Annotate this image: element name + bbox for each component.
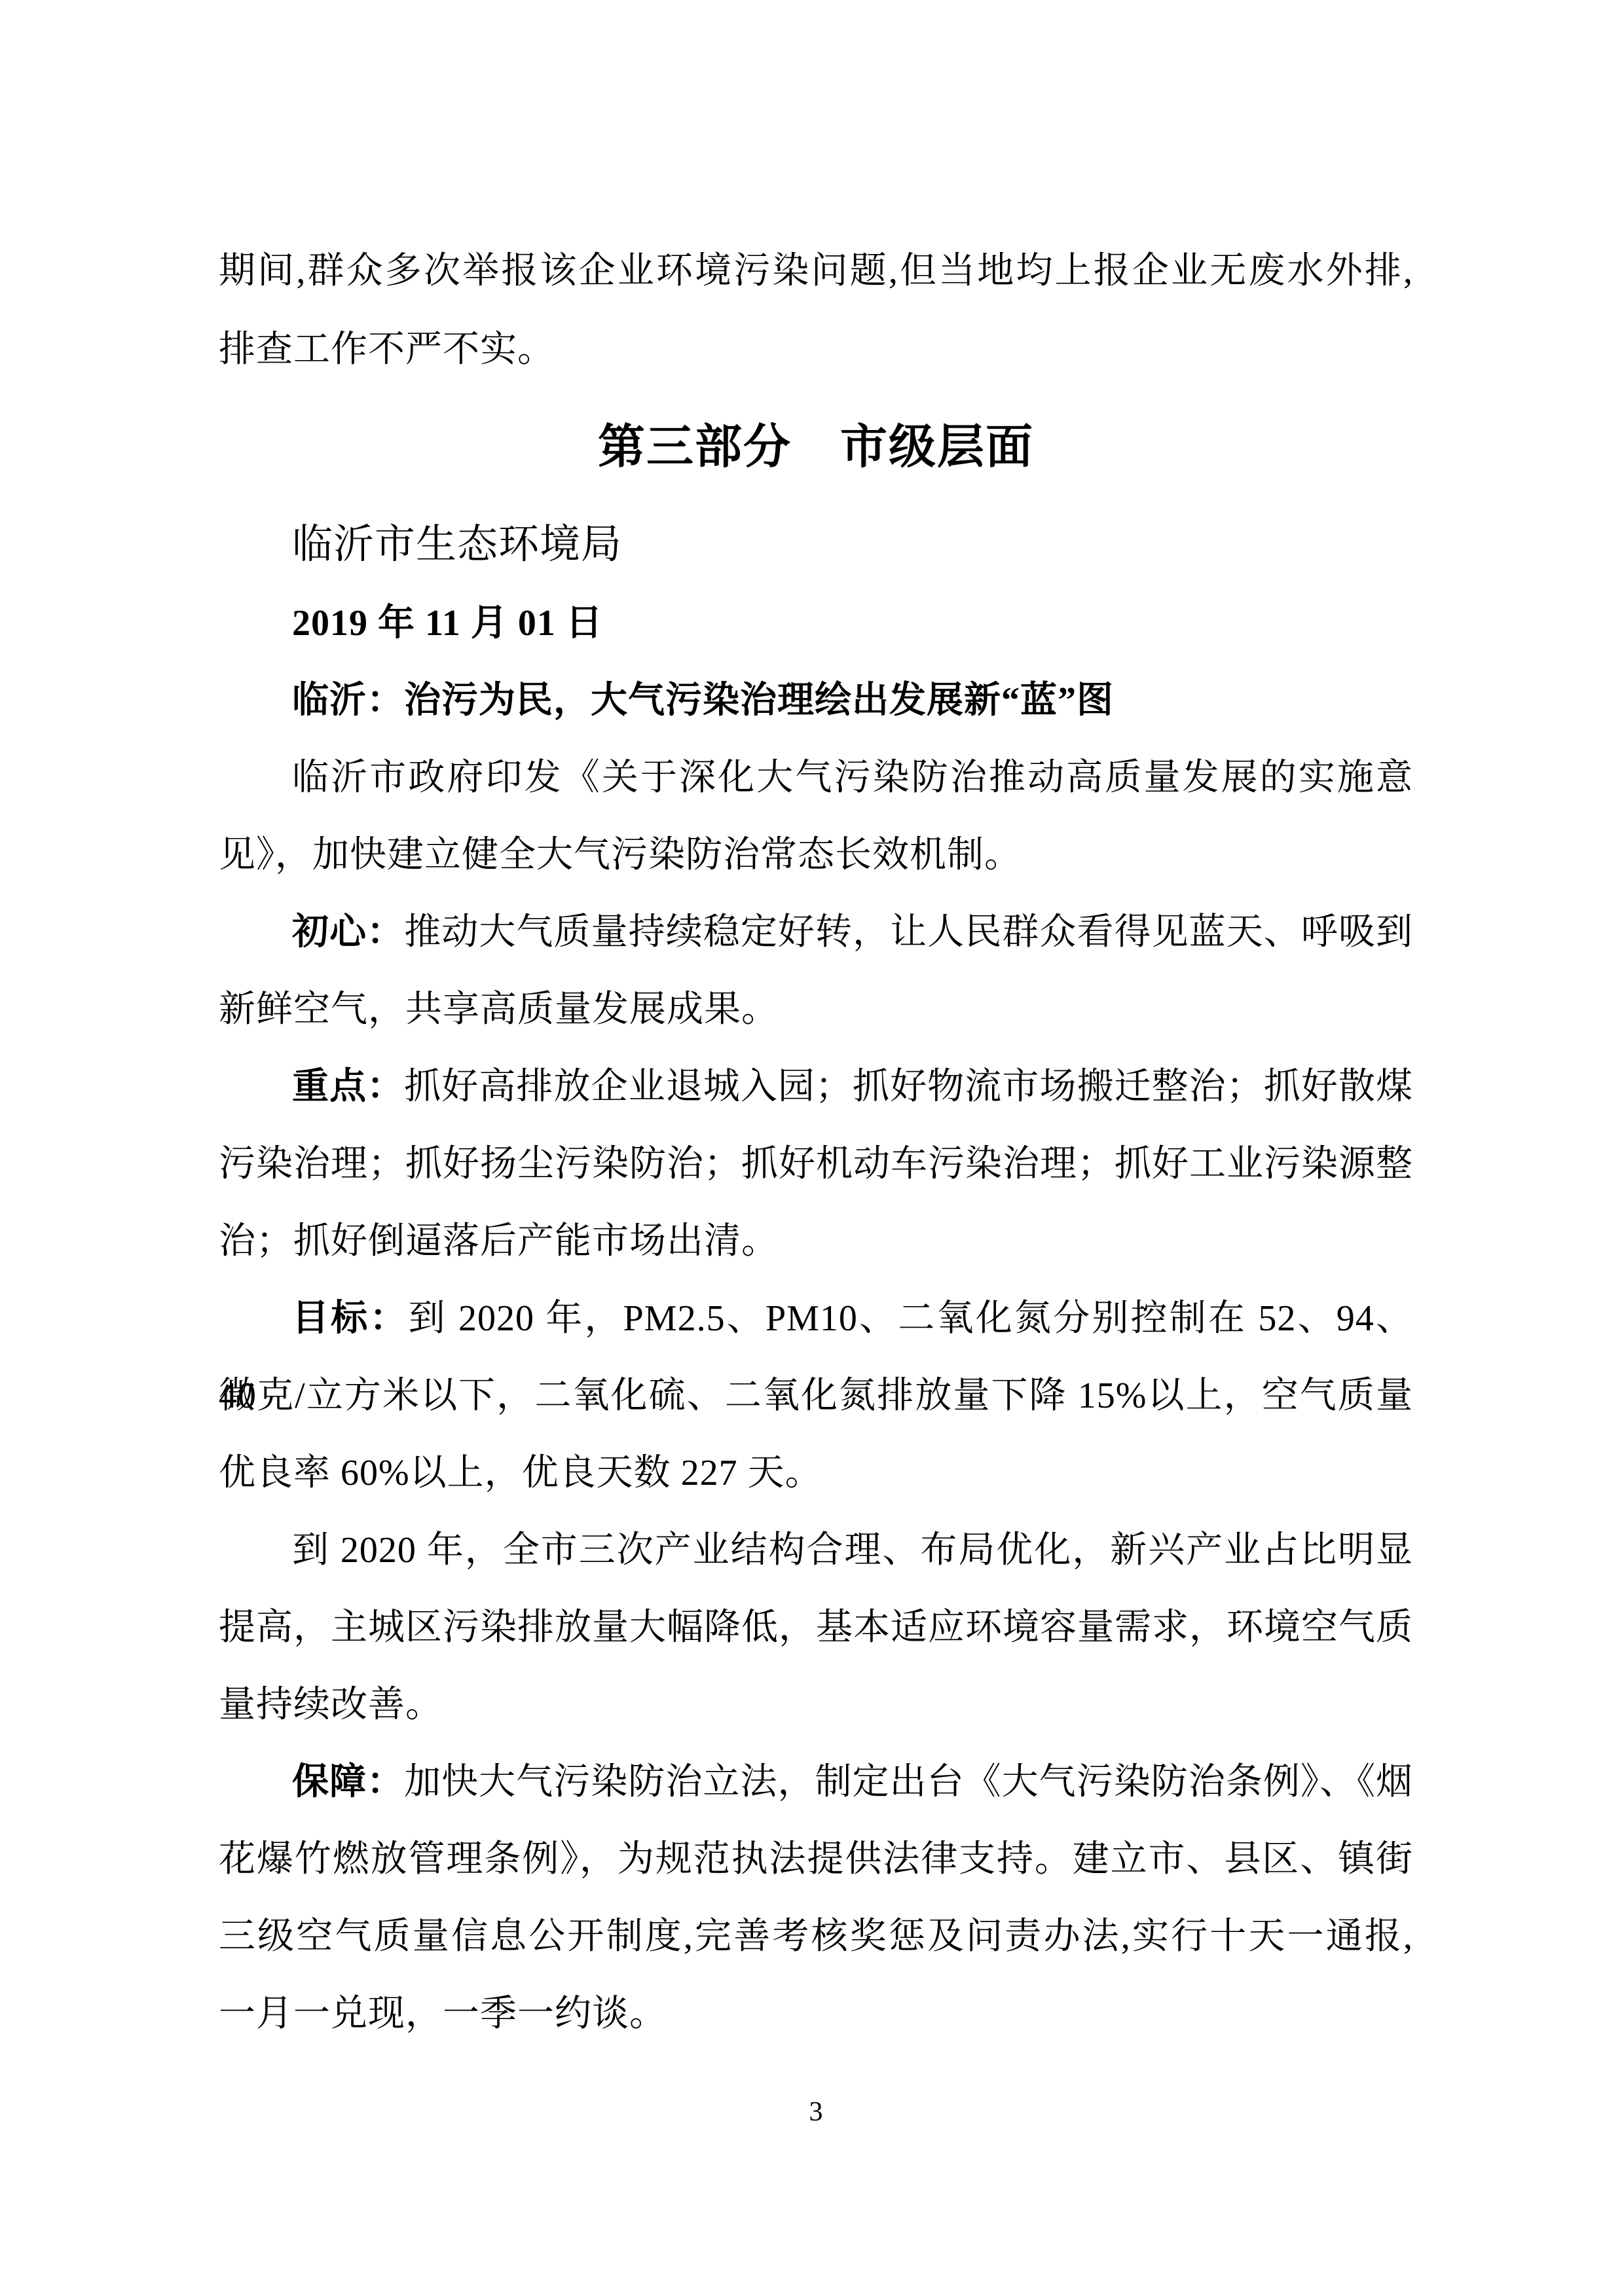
line-text: 治；抓好倒逼落后产能市场出清。 bbox=[219, 1221, 779, 1262]
text-line: 期间,群众多次举报该企业环境污染问题,但当地均上报企业无废水外排, bbox=[219, 232, 1413, 310]
line-text: 新鲜空气，共享高质量发展成果。 bbox=[219, 989, 779, 1030]
text-line: 重点：抓好高排放企业退城入园；抓好物流市场搬迁整治；抓好散煤 bbox=[219, 1048, 1413, 1125]
page-number: 3 bbox=[219, 2092, 1413, 2132]
line-text: 微克/立方米以下，二氧化硫、二氧化氮排放量下降 15%以上，空气质量 bbox=[219, 1376, 1413, 1416]
text-line: 初心：推动大气质量持续稳定好转，让人民群众看得见蓝天、呼吸到 bbox=[219, 894, 1413, 971]
line-text: 量持续改善。 bbox=[219, 1685, 443, 1725]
line-lead-bold: 重点： bbox=[292, 1066, 404, 1107]
line-lead-bold: 保障： bbox=[292, 1762, 404, 1802]
text-line: 治；抓好倒逼落后产能市场出清。 bbox=[219, 1203, 1413, 1280]
line-lead-bold: 初心： bbox=[292, 912, 404, 953]
text-line: 三级空气质量信息公开制度,完善考核奖惩及问责办法,实行十天一通报, bbox=[219, 1898, 1413, 1975]
text-line: 微克/立方米以下，二氧化硫、二氧化氮排放量下降 15%以上，空气质量 bbox=[219, 1357, 1413, 1434]
text-line: 优良率 60%以上，优良天数 227 天。 bbox=[219, 1434, 1413, 1512]
line-text: 临沂：治污为民，大气污染治理绘出发展新“蓝”图 bbox=[292, 680, 1114, 721]
text-line: 量持续改善。 bbox=[219, 1666, 1413, 1743]
line-text: 推动大气质量持续稳定好转，让人民群众看得见蓝天、呼吸到 bbox=[404, 912, 1413, 953]
text-line: 见》，加快建立健全大气污染防治常态长效机制。 bbox=[219, 816, 1413, 894]
document-page: 期间,群众多次举报该企业环境污染问题,但当地均上报企业无废水外排, 排查工作不严… bbox=[0, 0, 1624, 2296]
text-line: 提高，主城区污染排放量大幅降低，基本适应环境容量需求，环境空气质 bbox=[219, 1589, 1413, 1666]
text-line: 保障：加快大气污染防治立法，制定出台《大气污染防治条例》、《烟 bbox=[219, 1743, 1413, 1821]
line-text: 一月一兑现，一季一约谈。 bbox=[219, 1994, 667, 2034]
line-lead-bold: 目标： bbox=[292, 1298, 409, 1339]
line-text: 临沂市政府印发《关于深化大气污染防治推动高质量发展的实施意 bbox=[292, 757, 1413, 798]
line-text: 花爆竹燃放管理条例》，为规范执法提供法律支持。建立市、县区、镇街 bbox=[219, 1839, 1413, 1880]
line-text: 期间,群众多次举报该企业环境污染问题,但当地均上报企业无废水外排, bbox=[219, 251, 1413, 291]
text-line: 到 2020 年，全市三次产业结构合理、布局优化，新兴产业占比明显 bbox=[219, 1512, 1413, 1589]
organization-line: 临沂市生态环境局 bbox=[219, 506, 1413, 583]
text-line: 排查工作不严不实。 bbox=[219, 311, 1413, 388]
line-text: 排查工作不严不实。 bbox=[219, 329, 555, 370]
line-text: 三级空气质量信息公开制度,完善考核奖惩及问责办法,实行十天一通报, bbox=[219, 1916, 1413, 1957]
text-line: 污染治理；抓好扬尘污染防治；抓好机动车污染治理；抓好工业污染源整 bbox=[219, 1125, 1413, 1203]
line-text: 优良率 60%以上，优良天数 227 天。 bbox=[219, 1453, 822, 1493]
line-text: 抓好高排放企业退城入园；抓好物流市场搬迁整治；抓好散煤 bbox=[404, 1066, 1413, 1107]
line-text: 2019 年 11 月 01 日 bbox=[292, 603, 603, 644]
line-text: 加快大气污染防治立法，制定出台《大气污染防治条例》、《烟 bbox=[404, 1762, 1413, 1802]
text-line: 新鲜空气，共享高质量发展成果。 bbox=[219, 971, 1413, 1048]
date-line: 2019 年 11 月 01 日 bbox=[219, 585, 1413, 662]
section-heading: 第三部分 市级层面 bbox=[219, 405, 1413, 490]
article-title-line: 临沂：治污为民，大气污染治理绘出发展新“蓝”图 bbox=[219, 662, 1413, 739]
line-text: 见》，加快建立健全大气污染防治常态长效机制。 bbox=[219, 835, 1022, 875]
line-text: 污染治理；抓好扬尘污染防治；抓好机动车污染治理；抓好工业污染源整 bbox=[219, 1144, 1413, 1184]
line-text: 临沂市生态环境局 bbox=[292, 522, 622, 567]
line-text: 提高，主城区污染排放量大幅降低，基本适应环境容量需求，环境空气质 bbox=[219, 1607, 1413, 1648]
text-line: 临沂市政府印发《关于深化大气污染防治推动高质量发展的实施意 bbox=[219, 739, 1413, 816]
text-line: 花爆竹燃放管理条例》，为规范执法提供法律支持。建立市、县区、镇街 bbox=[219, 1821, 1413, 1898]
line-text: 到 2020 年，全市三次产业结构合理、布局优化，新兴产业占比明显 bbox=[292, 1530, 1413, 1571]
text-line: 一月一兑现，一季一约谈。 bbox=[219, 1975, 1413, 2052]
